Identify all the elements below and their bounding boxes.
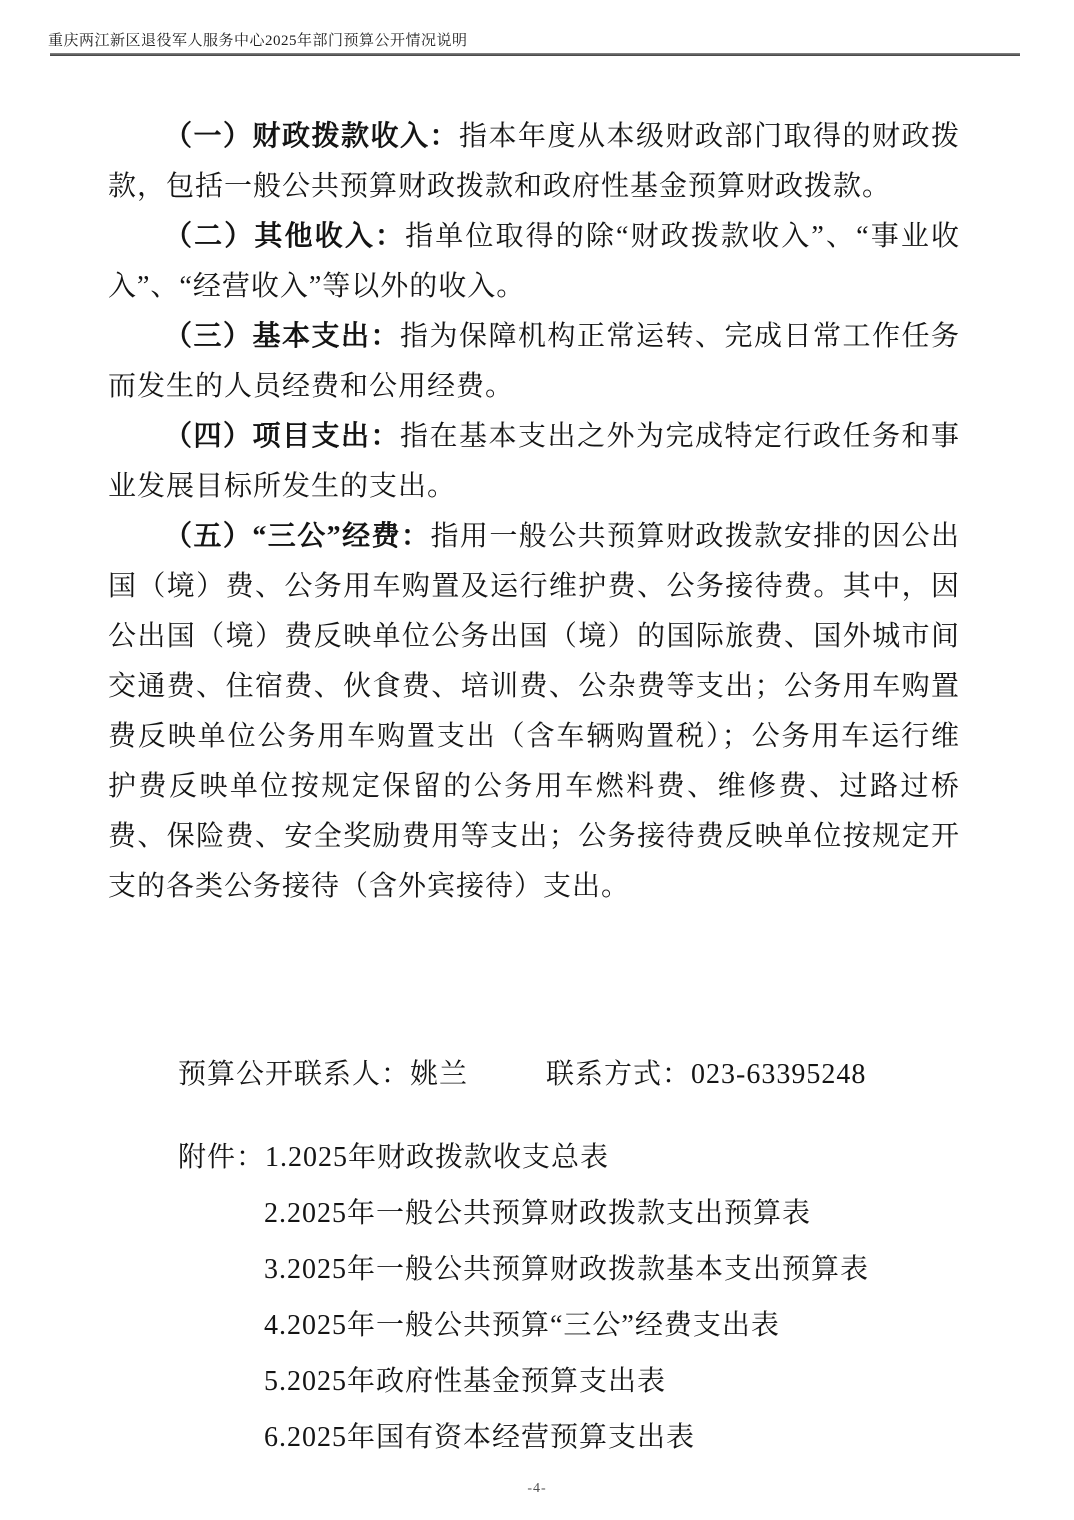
body-paragraph-2: （二）其他收入：指单位取得的除“财政拨款收入”、“事业收入”、“经营收入”等以外…	[108, 212, 960, 312]
attachment-row-6: 6.2025年国有资本经营预算支出表	[264, 1410, 998, 1466]
attachment-item-5: 5.2025年政府性基金预算支出表	[264, 1366, 666, 1397]
attachment-item-1: 1.2025年财政拨款收支总表	[265, 1142, 609, 1173]
paragraph-5-lead: （五）“三公”经费：	[164, 521, 430, 552]
contact-phone: 联系方式：023-63395248	[546, 1059, 866, 1090]
attachment-item-2: 2.2025年一般公共预算财政拨款支出预算表	[264, 1198, 811, 1229]
attachment-row-4: 4.2025年一般公共预算“三公”经费支出表	[264, 1298, 998, 1354]
body-paragraph-5: （五）“三公”经费：指用一般公共预算财政拨款安排的因公出国（境）费、公务用车购置…	[108, 512, 960, 912]
attachments-label: 附件：	[178, 1142, 265, 1173]
contact-line: 预算公开联系人：姚兰联系方式：023-63395248	[178, 1050, 978, 1100]
attachment-item-6: 6.2025年国有资本经营预算支出表	[264, 1422, 695, 1453]
document-body: （一）财政拨款收入：指本年度从本级财政部门取得的财政拨款，包括一般公共预算财政拨…	[108, 112, 960, 912]
paragraph-3-lead: （三）基本支出：	[164, 321, 400, 352]
header-title: 重庆两江新区退役军人服务中心2025年部门预算公开情况说明	[48, 32, 1028, 50]
paragraph-5-text: 指用一般公共预算财政拨款安排的因公出国（境）费、公务用车购置及运行维护费、公务接…	[108, 521, 960, 902]
header-rule	[50, 53, 1020, 56]
attachment-item-3: 3.2025年一般公共预算财政拨款基本支出预算表	[264, 1254, 869, 1285]
attachment-item-4: 4.2025年一般公共预算“三公”经费支出表	[264, 1310, 780, 1341]
contact-person: 预算公开联系人：姚兰	[178, 1059, 468, 1090]
document-header: 重庆两江新区退役军人服务中心2025年部门预算公开情况说明	[48, 32, 1028, 50]
attachment-row-3: 3.2025年一般公共预算财政拨款基本支出预算表	[264, 1242, 998, 1298]
paragraph-4-lead: （四）项目支出：	[164, 421, 400, 452]
page-number: -4-	[527, 1481, 546, 1496]
attachments-list: 附件：1.2025年财政拨款收支总表 2.2025年一般公共预算财政拨款支出预算…	[178, 1130, 998, 1466]
page-footer: -4-	[0, 1480, 1074, 1498]
body-paragraph-4: （四）项目支出：指在基本支出之外为完成特定行政任务和事业发展目标所发生的支出。	[108, 412, 960, 512]
attachment-row-1: 附件：1.2025年财政拨款收支总表	[178, 1130, 998, 1186]
attachment-row-5: 5.2025年政府性基金预算支出表	[264, 1354, 998, 1410]
paragraph-1-lead: （一）财政拨款收入：	[164, 121, 459, 152]
body-paragraph-1: （一）财政拨款收入：指本年度从本级财政部门取得的财政拨款，包括一般公共预算财政拨…	[108, 112, 960, 212]
body-paragraph-3: （三）基本支出：指为保障机构正常运转、完成日常工作任务而发生的人员经费和公用经费…	[108, 312, 960, 412]
document-page: 重庆两江新区退役军人服务中心2025年部门预算公开情况说明 （一）财政拨款收入：…	[0, 0, 1074, 1520]
attachment-row-2: 2.2025年一般公共预算财政拨款支出预算表	[264, 1186, 998, 1242]
paragraph-2-lead: （二）其他收入：	[164, 221, 405, 252]
